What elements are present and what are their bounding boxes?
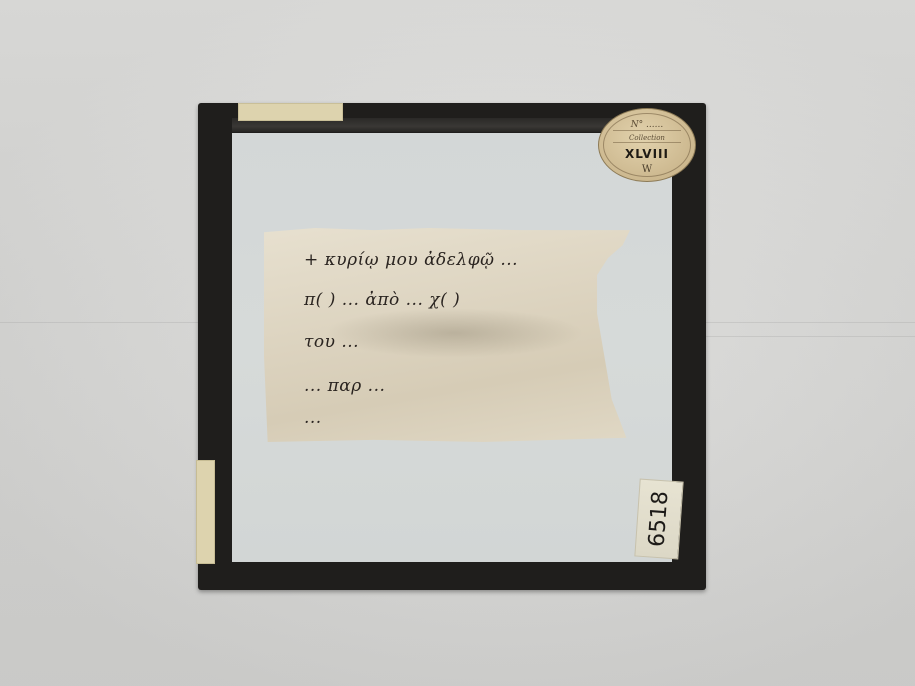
inventory-number-tag: 6518: [634, 479, 683, 560]
label-line-2: Collection: [613, 134, 681, 143]
papyrus-line-5: ...: [304, 408, 322, 428]
papyrus-fragment: + κυρίῳ μου ἀδελφῷ ... π( ) ... ἀπὸ ... …: [264, 228, 630, 442]
label-line-1: N° ......: [613, 120, 681, 131]
tape-strip-left: [196, 460, 215, 564]
papyrus-stain: [324, 308, 584, 358]
papyrus-line-2: π( ) ... ἀπὸ ... χ( ): [304, 290, 460, 310]
papyrus-line-1: + κυρίῳ μου ἀδελφῷ ...: [304, 250, 518, 270]
tape-strip-top: [238, 103, 343, 121]
collection-label: N° ...... Collection XLVIII W: [598, 108, 696, 182]
label-roman-numeral: XLVIII: [599, 147, 695, 161]
surface-crease: [706, 336, 915, 337]
inventory-number: 6518: [645, 490, 674, 548]
papyrus-line-3: του ...: [304, 332, 359, 352]
papyrus-line-4: ... παρ ...: [304, 376, 385, 396]
label-letter: W: [599, 164, 695, 175]
